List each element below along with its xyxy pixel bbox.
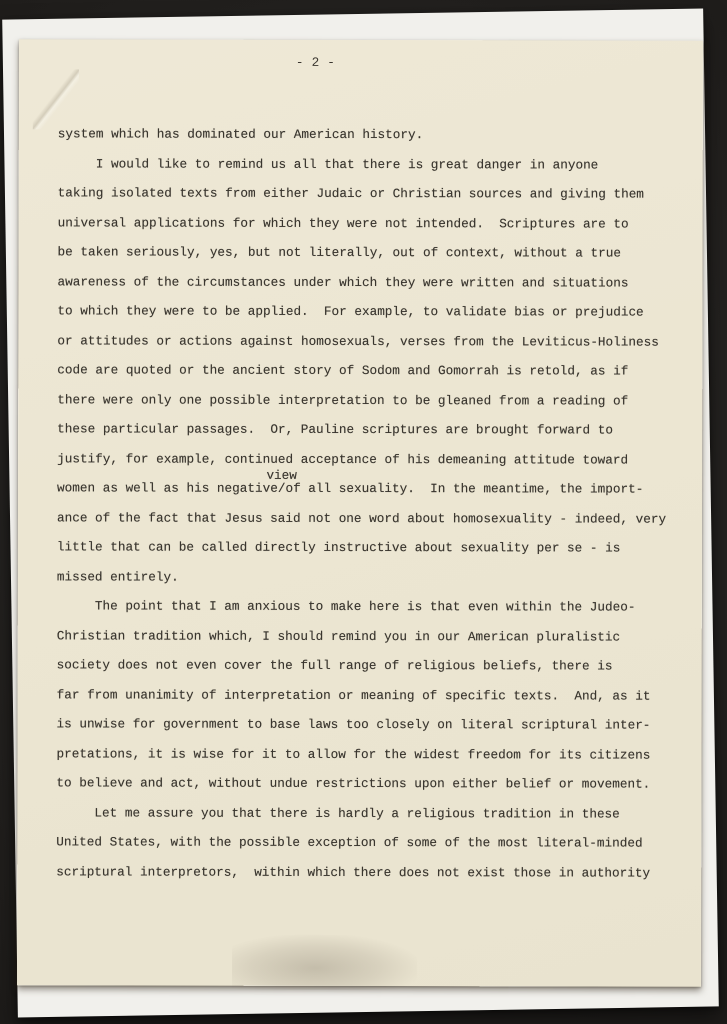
- paper-sheet: - 2 - system which has dominated our Ame…: [17, 39, 703, 986]
- typewritten-line: United States, with the possible excepti…: [56, 827, 695, 858]
- typewritten-line: justify, for example, continued acceptan…: [57, 444, 696, 475]
- typewritten-line: or attitudes or actions against homosexu…: [57, 326, 696, 357]
- typewritten-text-block: system which has dominated our American …: [56, 119, 697, 887]
- typewritten-line: to believe and act, without undue restri…: [56, 768, 695, 799]
- text-lines: system which has dominated our American …: [56, 119, 697, 887]
- typewritten-line: these particular passages. Or, Pauline s…: [57, 414, 696, 445]
- typewritten-line: The point that I am anxious to make here…: [57, 591, 696, 622]
- typewritten-line: code are quoted or the ancient story of …: [57, 355, 696, 386]
- typewritten-line: to which they were to be applied. For ex…: [57, 296, 696, 327]
- typewritten-line: society does not even cover the full ran…: [57, 650, 696, 681]
- typewritten-line: ance of the fact that Jesus said not one…: [57, 503, 696, 534]
- typewritten-line: pretations, it is wise for it to allow f…: [56, 739, 695, 770]
- typewritten-line: universal applications for which they we…: [58, 208, 697, 239]
- typewritten-line: awareness of the circumstances under whi…: [57, 267, 696, 298]
- paper-smudge: [232, 935, 417, 990]
- typewritten-line: there were only one possible interpretat…: [57, 385, 696, 416]
- typewritten-line: be taken seriously, yes, but not literal…: [58, 237, 697, 268]
- typewritten-line: missed entirely.: [57, 562, 696, 593]
- typewritten-line: Let me assure you that there is hardly a…: [56, 798, 695, 829]
- typewritten-line: little that can be called directly instr…: [57, 532, 696, 563]
- typewritten-line: system which has dominated our American …: [58, 119, 697, 150]
- typewritten-line: taking isolated texts from either Judaic…: [58, 178, 697, 209]
- typewritten-line: Christian tradition which, I should remi…: [57, 621, 696, 652]
- document-background: { "colors": { "background": "#242220", "…: [0, 0, 727, 1024]
- typewritten-line: scriptural interpretors, within which th…: [56, 857, 695, 888]
- typewritten-line: women as well as his negative/of all sex…: [57, 473, 696, 504]
- typewritten-line: far from unanimity of interpretation or …: [57, 680, 696, 711]
- inserted-word: view: [266, 469, 296, 482]
- typewritten-line: is unwise for government to base laws to…: [57, 709, 696, 740]
- page-number: - 2 -: [296, 55, 335, 70]
- typewritten-line: I would like to remind us all that there…: [58, 149, 697, 180]
